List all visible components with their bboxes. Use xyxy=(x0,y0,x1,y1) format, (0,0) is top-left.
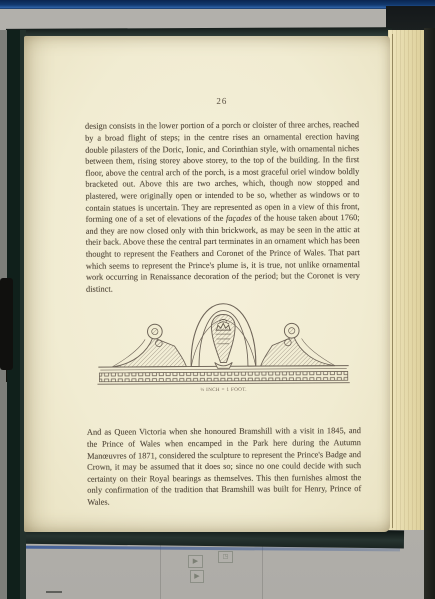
fore-edge-gutter-line xyxy=(392,34,393,528)
cradle-mark xyxy=(46,591,62,593)
book-page: 26 design consists in the lower portion … xyxy=(24,36,390,532)
paragraph-1-text-a: design consists in the lower portion of … xyxy=(85,120,360,223)
cradle-seam xyxy=(160,545,161,599)
top-blue-strip xyxy=(0,0,435,9)
paragraph-1-text-b: of the house taken about 1760; and they … xyxy=(86,213,360,293)
ornament-engraving-drawing xyxy=(94,297,353,387)
page-content: 26 design consists in the lower portion … xyxy=(22,35,391,533)
book-holder-clip xyxy=(0,278,13,370)
paragraph-1-italic-word: façades xyxy=(226,214,252,223)
paragraph-2: And as Queen Victoria when she honoured … xyxy=(87,425,361,508)
page-number: 26 xyxy=(85,95,359,107)
page-block-fore-edge xyxy=(388,30,424,530)
ornament-engraving xyxy=(86,297,361,392)
chart-corner-icon: ◳ xyxy=(218,551,233,563)
illustration-scale-caption: ½ INCH = 1 FOOT. xyxy=(87,387,361,394)
cradle-seam xyxy=(262,545,263,599)
right-dark-edge xyxy=(424,28,435,599)
scanned-book-photo: 26 design consists in the lower portion … xyxy=(0,0,435,599)
scanner-marks: ▶ ▶ ◳ xyxy=(184,551,244,585)
film-frame-icon: ▶ xyxy=(188,555,203,568)
film-frame-icon: ▶ xyxy=(190,570,204,583)
paragraph-1: design consists in the lower portion of … xyxy=(85,119,360,295)
